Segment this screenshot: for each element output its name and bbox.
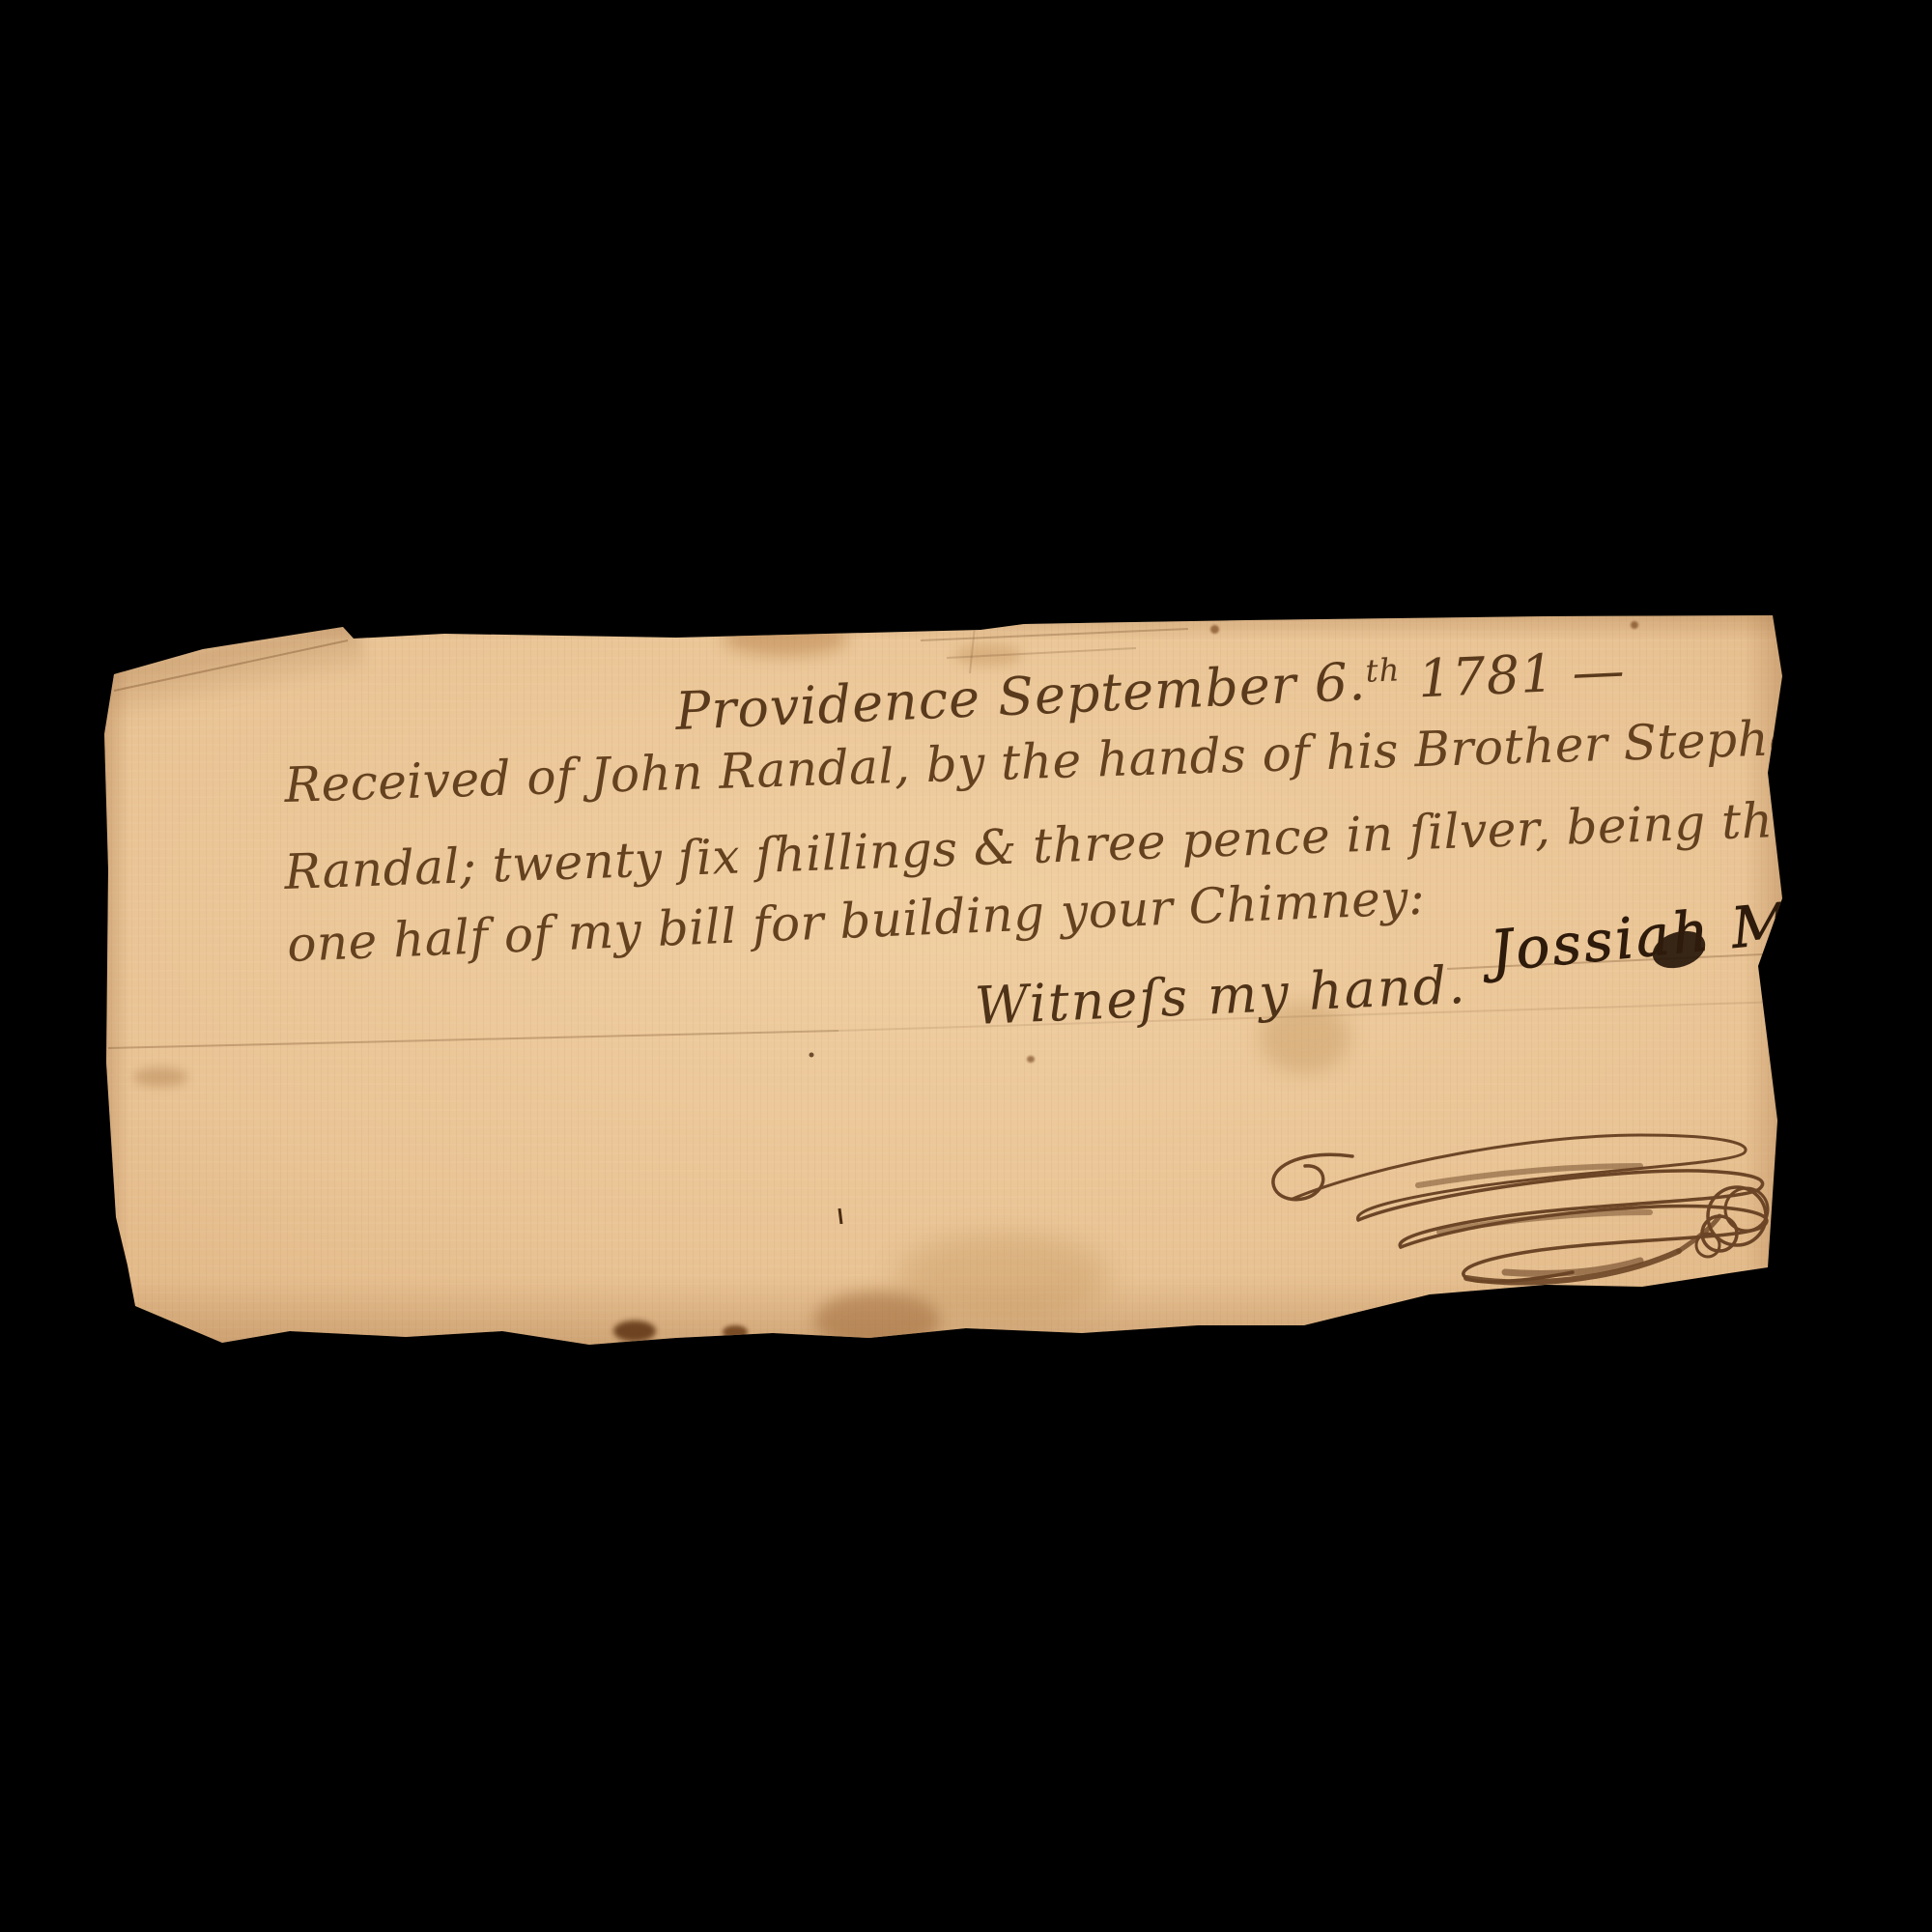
attestation-text: Witneſs my hand. xyxy=(974,954,1468,1037)
receipt-paper: Providence September 6.th 1781 — Receive… xyxy=(104,615,1782,1346)
stray-ink-marks xyxy=(810,1053,842,1225)
dateline-superscript: th xyxy=(1365,651,1402,690)
body-line-2: Randal; twenty ſix ſhillings & three pen… xyxy=(282,791,1782,900)
handwriting-layer: Providence September 6.th 1781 — Receive… xyxy=(104,615,1782,1346)
signature-text: Jossiah Mill xyxy=(1478,884,1782,985)
showthrough-lines xyxy=(921,629,1188,658)
dateline-post: 1781 — xyxy=(1400,639,1627,710)
calligraphic-flourish xyxy=(1273,1135,1768,1282)
photo-backdrop: Providence September 6.th 1781 — Receive… xyxy=(0,0,1932,1932)
